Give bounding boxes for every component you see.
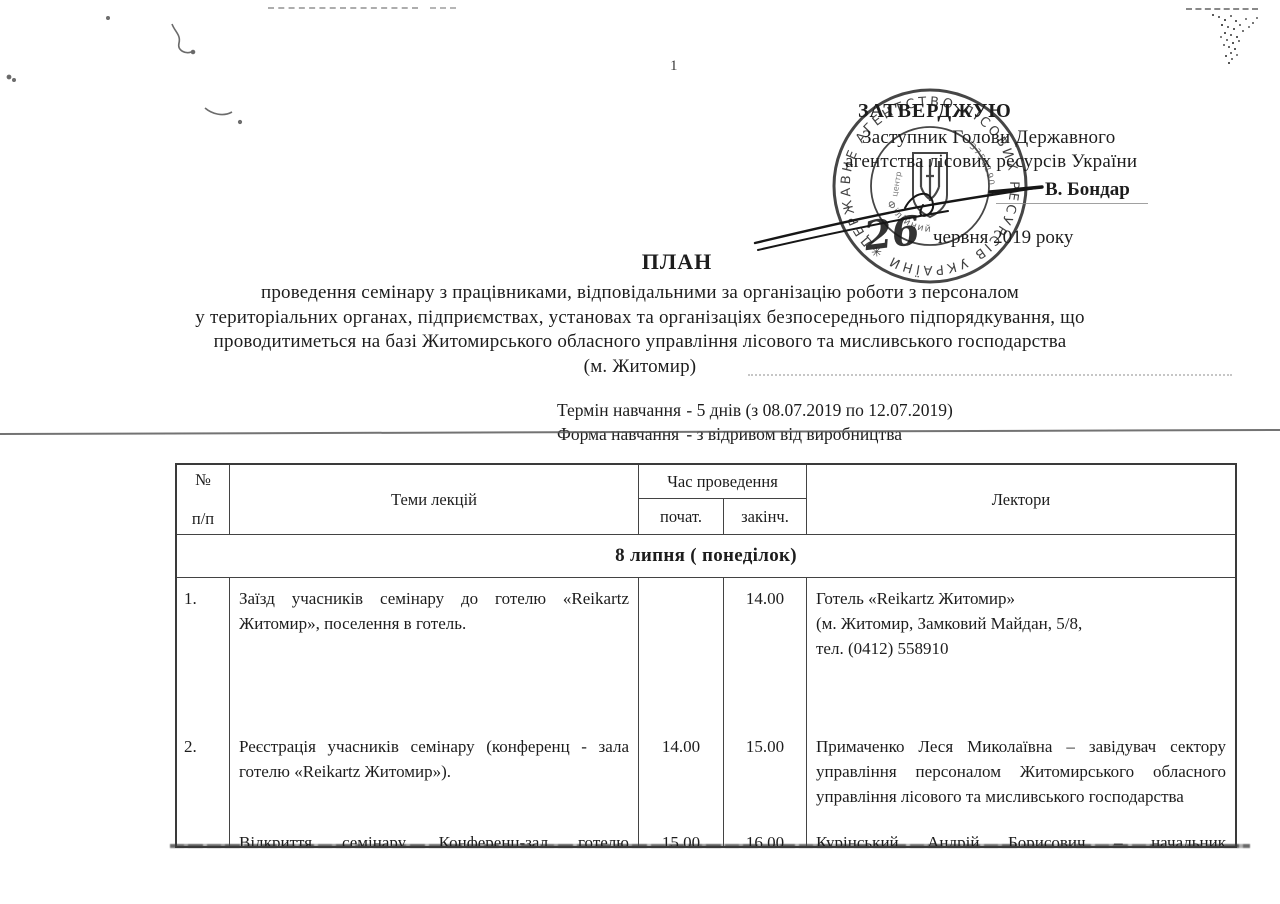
scan-artifact-dash-line — [268, 7, 418, 9]
blank-dotted-line — [748, 374, 1232, 376]
approval-line: Заступник Голови Державного — [862, 127, 1115, 149]
scan-artifact-dash-line — [430, 7, 456, 9]
document-subtitle: проведення семінару з працівниками, відп… — [35, 281, 1245, 379]
term-value: - 5 днів (з 08.07.2019 по 12.07.2019) — [686, 400, 952, 420]
time-end-cell: 16.00 — [724, 830, 806, 848]
row-number: 2. — [177, 734, 229, 759]
day-header-row: 8 липня ( понеділок) — [177, 534, 1235, 577]
approval-heading: ЗАТВЕРДЖУЮ — [858, 100, 1012, 123]
training-details: Термін навчання - 5 днів (з 08.07.2019 п… — [557, 398, 953, 446]
time-start-cell: 15.00 — [639, 830, 723, 848]
time-end-cell: 14.00 — [724, 586, 806, 611]
number-header-top: № — [195, 470, 211, 490]
time-end-cell: 15.00 — [724, 734, 806, 759]
scanned-document-page: 1 ДЕРЖАВНЕ АГЕНТСТВО ЛІСОВИХ РЕСУРСІВ УК… — [0, 0, 1280, 904]
signature-scrawl — [690, 150, 1160, 270]
column-header-time-start: почат. — [639, 499, 724, 534]
topic-cell: Реєстрація учасників семінару (конференц… — [230, 734, 638, 784]
column-row-numbers: 1. 2. — [177, 577, 230, 846]
topic-cell: Відкриття семінару. Конференц-зал готелю — [230, 830, 638, 848]
form-label: Форма навчання — [557, 422, 682, 446]
row-number: 1. — [177, 586, 229, 611]
topic-cell: Заїзд учасників семінару до готелю «Reik… — [230, 586, 638, 636]
column-lecturers: Готель «Reikartz Житомир» (м. Житомир, З… — [807, 577, 1235, 846]
column-time-end: 14.00 15.00 16.00 — [724, 577, 807, 846]
column-header-lecturers: Лектори — [807, 465, 1235, 534]
column-time-start: 14.00 15.00 — [639, 577, 724, 846]
number-header-bottom: п/п — [192, 509, 214, 529]
scan-artifact-specks — [0, 0, 270, 150]
column-header-time-end: закінч. — [724, 499, 807, 534]
column-header-topics: Теми лекцій — [230, 465, 639, 534]
subtitle-line: проведення семінару з працівниками, відп… — [35, 281, 1245, 306]
training-term-row: Термін навчання - 5 днів (з 08.07.2019 п… — [557, 398, 953, 422]
scan-artifact-noise-blob — [1212, 14, 1214, 16]
lecturer-cell: Готель «Reikartz Житомир» (м. Житомир, З… — [807, 586, 1235, 661]
column-header-time-group: Час проведення — [639, 465, 807, 499]
column-header-number: № п/п — [177, 465, 230, 534]
lecturer-cell: Курінський Андрій Борисович – начальник — [807, 830, 1235, 848]
subtitle-line: у територіальних органах, підприємствах,… — [35, 306, 1245, 331]
form-value: - з відривом від виробництва — [686, 424, 902, 444]
scan-artifact-dash-line — [1186, 8, 1258, 10]
term-label: Термін навчання — [557, 398, 682, 422]
lecturer-cell: Примаченко Леся Миколаївна – завідувач с… — [807, 734, 1235, 809]
schedule-table: № п/п Теми лекцій Час проведення почат. … — [175, 463, 1237, 848]
time-start-cell: 14.00 — [639, 734, 723, 759]
training-form-row: Форма навчання - з відривом від виробниц… — [557, 422, 953, 446]
page-number: 1 — [670, 58, 678, 75]
column-topics: Заїзд учасників семінару до готелю «Reik… — [230, 577, 639, 846]
subtitle-line: проводитиметься на базі Житомирського об… — [35, 330, 1245, 355]
